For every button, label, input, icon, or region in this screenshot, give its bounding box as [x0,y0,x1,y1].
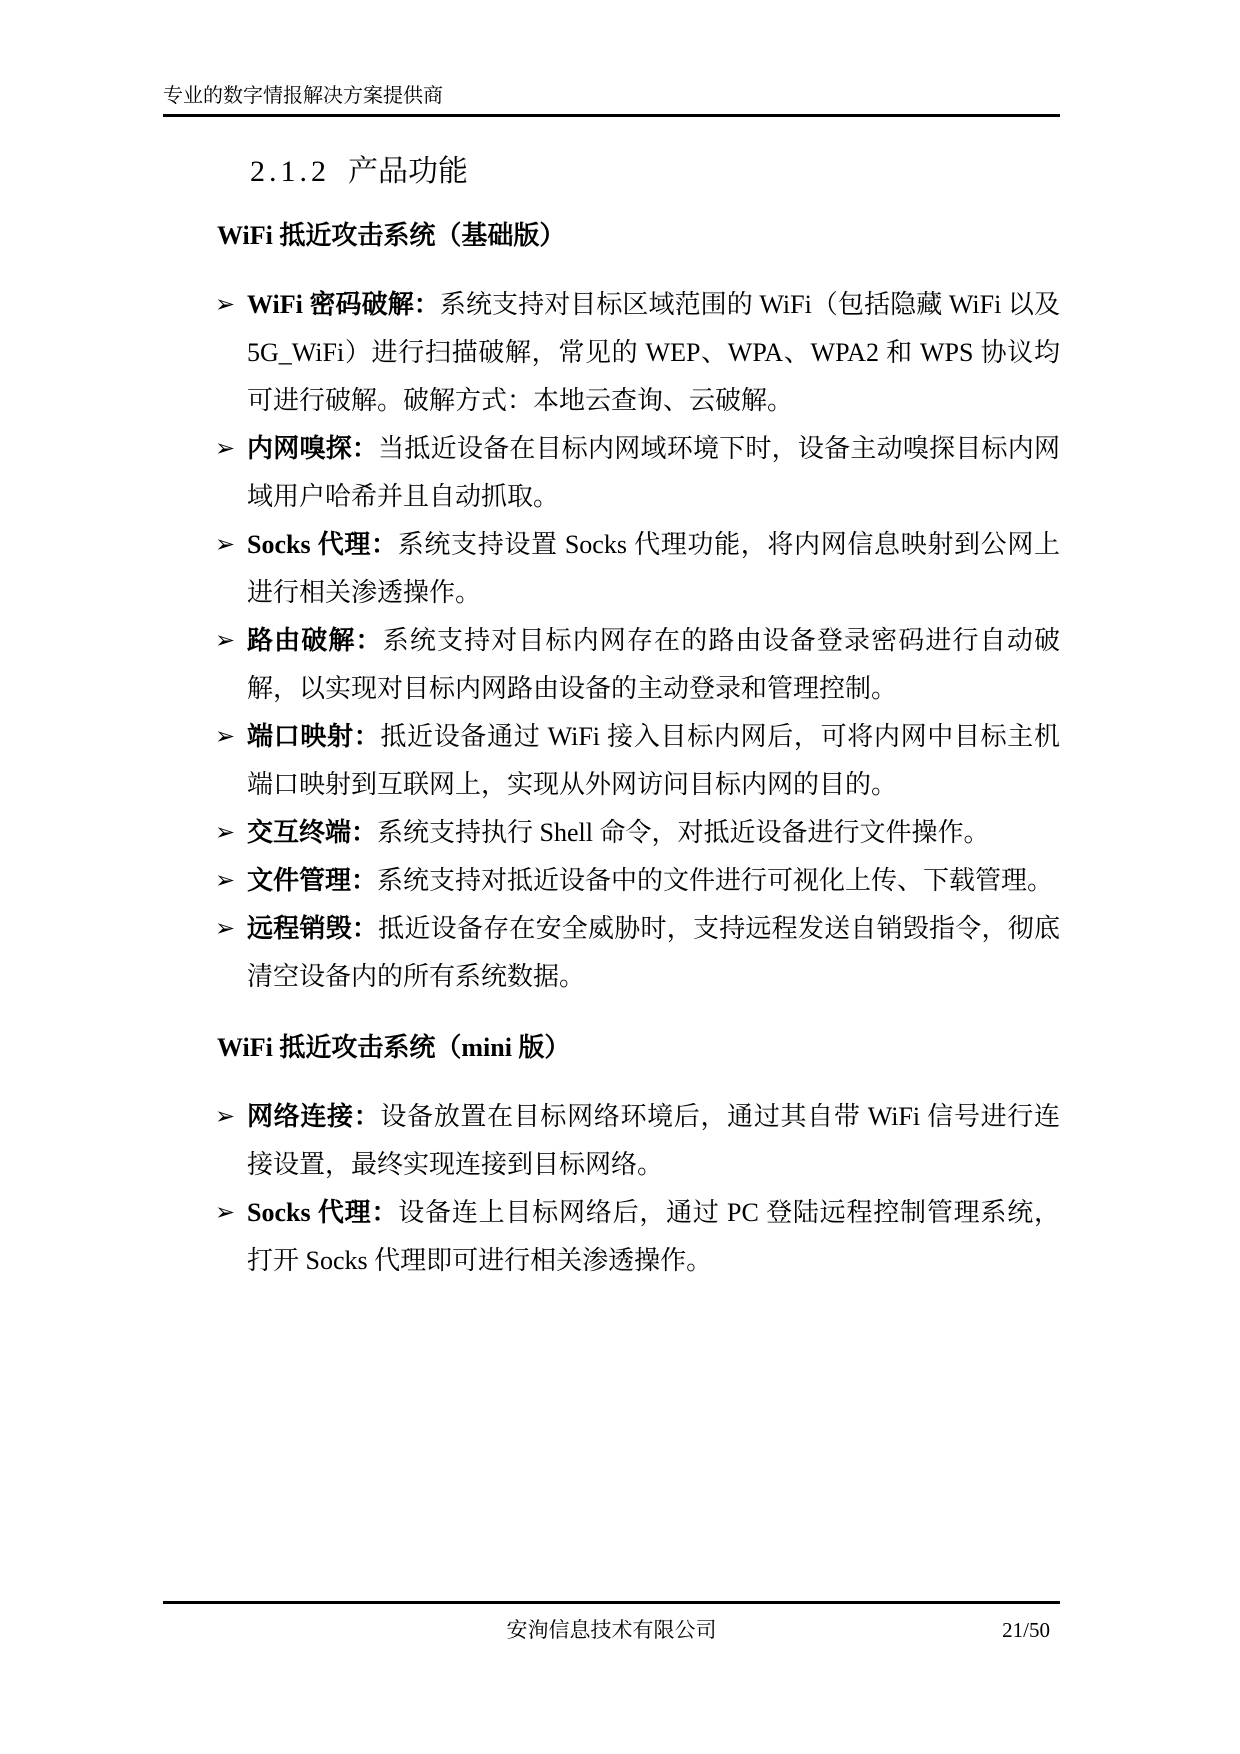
feature-list-item: ➢ 远程销毁：抵近设备存在安全威胁时，支持远程发送自销毁指令，彻底清空设备内的所… [163,905,1060,1001]
arrow-bullet-icon: ➢ [215,1189,235,1237]
feature-label: Socks 代理： [247,1198,398,1227]
section-title: 2.1.2产品功能 [250,155,1060,189]
arrow-bullet-icon: ➢ [215,521,235,569]
feature-list-item: ➢ WiFi 密码破解：系统支持对目标区域范围的 WiFi（包括隐藏 WiFi … [163,281,1060,425]
feature-label: 路由破解： [247,626,383,655]
feature-label: 远程销毁： [247,914,378,943]
section-title-text: 产品功能 [348,155,468,188]
sections-container: WiFi 抵近攻击系统（基础版） ➢ WiFi 密码破解：系统支持对目标区域范围… [163,221,1060,1285]
feature-list: ➢ 网络连接：设备放置在目标网络环境后，通过其自带 WiFi 信号进行连接设置，… [163,1093,1060,1285]
feature-list-item: ➢ 路由破解：系统支持对目标内网存在的路由设备登录密码进行自动破解，以实现对目标… [163,617,1060,713]
feature-label: 交互终端： [247,818,377,847]
arrow-bullet-icon: ➢ [215,905,235,953]
page-content: 专业的数字情报解决方案提供商 2.1.2产品功能 WiFi 抵近攻击系统（基础版… [163,0,1060,1285]
feature-label: 文件管理： [247,866,377,895]
feature-description: 系统支持对抵近设备中的文件进行可视化上传、下载管理。 [377,866,1053,895]
feature-list: ➢ WiFi 密码破解：系统支持对目标区域范围的 WiFi（包括隐藏 WiFi … [163,281,1060,1001]
page-header: 专业的数字情报解决方案提供商 [163,0,1060,117]
arrow-bullet-icon: ➢ [215,1093,235,1141]
feature-label: 内网嗅探： [247,434,378,463]
footer-page-number: 21/50 [1002,1618,1050,1643]
feature-list-item: ➢ Socks 代理：设备连上目标网络后，通过 PC 登陆远程控制管理系统，打开… [163,1189,1060,1285]
document-page: 专业的数字情报解决方案提供商 2.1.2产品功能 WiFi 抵近攻击系统（基础版… [0,0,1240,1754]
arrow-bullet-icon: ➢ [215,281,235,329]
feature-list-item: ➢ Socks 代理：系统支持设置 Socks 代理功能，将内网信息映射到公网上… [163,521,1060,617]
product-section-heading: WiFi 抵近攻击系统（mini 版） [217,1033,1060,1063]
product-section-heading: WiFi 抵近攻击系统（基础版） [217,221,1060,251]
page-footer: 安洵信息技术有限公司 21/50 [163,1601,1060,1661]
product-section: WiFi 抵近攻击系统（mini 版） ➢ 网络连接：设备放置在目标网络环境后，… [163,1033,1060,1285]
header-slogan: 专业的数字情报解决方案提供商 [163,85,443,107]
feature-description: 系统支持执行 Shell 命令，对抵近设备进行文件操作。 [377,818,989,847]
footer-company-name: 安洵信息技术有限公司 [163,1618,1060,1643]
arrow-bullet-icon: ➢ [215,617,235,665]
feature-list-item: ➢ 端口映射：抵近设备通过 WiFi 接入目标内网后，可将内网中目标主机端口映射… [163,713,1060,809]
feature-list-item: ➢ 内网嗅探：当抵近设备在目标内网域环境下时，设备主动嗅探目标内网域用户哈希并且… [163,425,1060,521]
arrow-bullet-icon: ➢ [215,425,235,473]
feature-label: 网络连接： [247,1102,380,1131]
arrow-bullet-icon: ➢ [215,857,235,905]
feature-list-item: ➢ 交互终端：系统支持执行 Shell 命令，对抵近设备进行文件操作。 [163,809,1060,857]
feature-list-item: ➢ 文件管理：系统支持对抵近设备中的文件进行可视化上传、下载管理。 [163,857,1060,905]
feature-label: 端口映射： [247,722,380,751]
feature-list-item: ➢ 网络连接：设备放置在目标网络环境后，通过其自带 WiFi 信号进行连接设置，… [163,1093,1060,1189]
feature-label: Socks 代理： [247,530,398,559]
arrow-bullet-icon: ➢ [215,809,235,857]
arrow-bullet-icon: ➢ [215,713,235,761]
product-section: WiFi 抵近攻击系统（基础版） ➢ WiFi 密码破解：系统支持对目标区域范围… [163,221,1060,1001]
section-number: 2.1.2 [250,155,330,188]
feature-label: WiFi 密码破解： [247,290,440,319]
